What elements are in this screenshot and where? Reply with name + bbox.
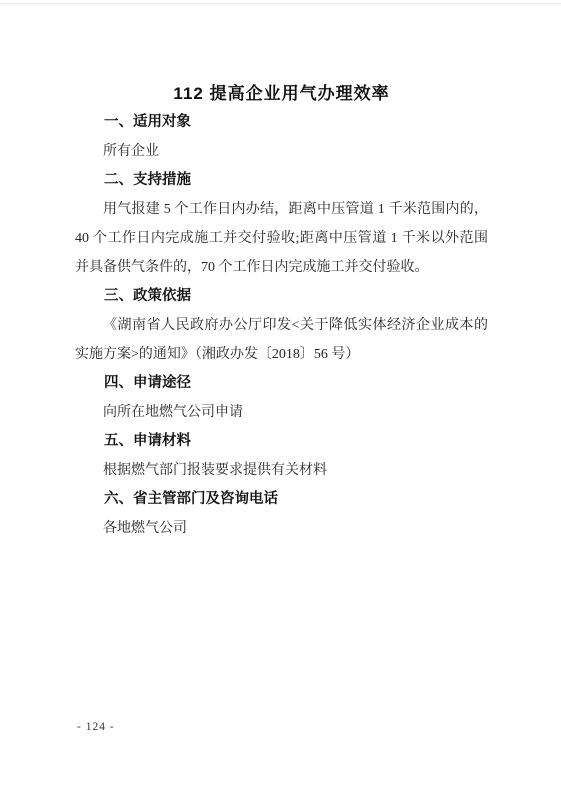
section-authority-contact: 六、省主管部门及咨询电话 各地燃气公司 [75, 485, 488, 543]
section-heading: 二、支持措施 [75, 166, 488, 195]
document-title: 112 提高企业用气办理效率 [75, 79, 488, 108]
section-applicable-targets: 一、适用对象 所有企业 [75, 108, 488, 166]
section-heading: 三、政策依据 [75, 282, 488, 311]
section-body: 向所在地燃气公司申请 [75, 398, 488, 427]
document-content: 112 提高企业用气办理效率 一、适用对象 所有企业 二、支持措施 用气报建 5… [75, 79, 488, 543]
section-body: 所有企业 [75, 137, 488, 166]
section-heading: 一、适用对象 [75, 108, 488, 137]
section-body: 用气报建 5 个工作日内办结，距离中压管道 1 千米范围内的，40 个工作日内完… [75, 195, 488, 282]
scan-artifact-line [0, 3, 561, 4]
section-body: 《湖南省人民政府办公厅印发<关于降低实体经济企业成本的实施方案>的通知》（湘政办… [75, 311, 488, 369]
section-policy-basis: 三、政策依据 《湖南省人民政府办公厅印发<关于降低实体经济企业成本的实施方案>的… [75, 282, 488, 369]
section-application-channel: 四、申请途径 向所在地燃气公司申请 [75, 369, 488, 427]
section-body: 各地燃气公司 [75, 514, 488, 543]
section-heading: 五、申请材料 [75, 427, 488, 456]
section-heading: 四、申请途径 [75, 369, 488, 398]
section-support-measures: 二、支持措施 用气报建 5 个工作日内办结，距离中压管道 1 千米范围内的，40… [75, 166, 488, 282]
page-number: - 124 - [77, 720, 115, 734]
section-application-materials: 五、申请材料 根据燃气部门报装要求提供有关材料 [75, 427, 488, 485]
section-body: 根据燃气部门报装要求提供有关材料 [75, 456, 488, 485]
document-page: 112 提高企业用气办理效率 一、适用对象 所有企业 二、支持措施 用气报建 5… [0, 0, 561, 793]
section-heading: 六、省主管部门及咨询电话 [75, 485, 488, 514]
